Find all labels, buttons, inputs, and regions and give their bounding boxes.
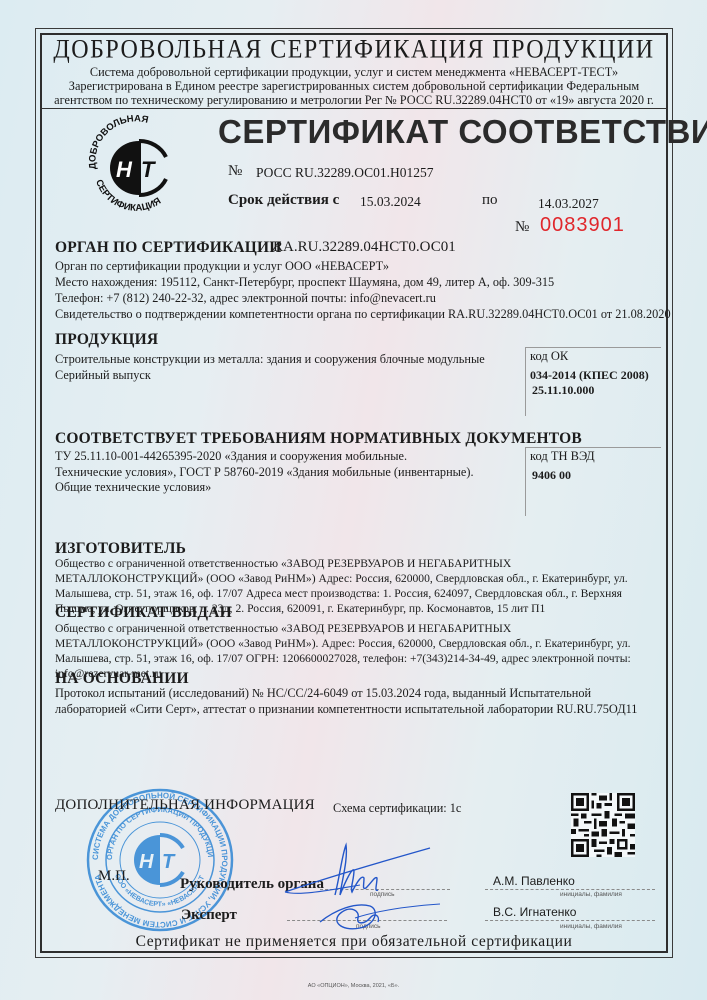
- header-agency-line: агентством по техническому регулированию…: [40, 93, 668, 108]
- serial-number-label: №: [515, 219, 529, 236]
- ok-code-classifier: 034-2014 (КПЕС 2008): [530, 368, 649, 383]
- header-system-line: Система добровольной сертификации продук…: [40, 65, 668, 80]
- issued-to-heading: СЕРТИФИКАТ ВЫДАН: [55, 604, 232, 622]
- conformity-documents: ТУ 25.11.10-001-44265395-2020 «Здания и …: [55, 449, 475, 496]
- svg-text:Н: Н: [116, 157, 133, 182]
- product-release-type: Серийный выпуск: [55, 368, 151, 384]
- tnved-code-value: 9406 00: [532, 468, 571, 483]
- organ-contacts: Телефон: +7 (812) 240-22-32, адрес элект…: [55, 291, 436, 307]
- product-heading: ПРОДУКЦИЯ: [55, 331, 158, 349]
- qr-code-icon: [571, 793, 635, 857]
- organ-name: Орган по сертификации продукции и услуг …: [55, 259, 389, 275]
- organ-accreditation: Свидетельство о подтверждении компетентн…: [55, 307, 671, 323]
- ok-code-value: 25.11.10.000: [532, 383, 594, 398]
- footer-notice: Сертификат не применяется при обязательн…: [40, 933, 668, 951]
- number-label: №: [228, 163, 242, 180]
- head-name: А.М. Павленко: [493, 874, 575, 888]
- head-name-caption: инициалы, фамилия: [560, 891, 622, 898]
- basis-details: Протокол испытаний (исследований) № НС/С…: [55, 686, 655, 717]
- additional-info-heading: ДОПОЛНИТЕЛЬНАЯ ИНФОРМАЦИЯ: [55, 797, 315, 814]
- valid-to-label: по: [482, 192, 498, 209]
- header-divider: [40, 108, 668, 109]
- organ-address: Место нахождения: 195112, Санкт-Петербур…: [55, 275, 554, 291]
- header-title: ДОБРОВОЛЬНАЯ СЕРТИФИКАЦИЯ ПРОДУКЦИИ: [40, 36, 668, 66]
- tnved-code-box: код ТН ВЭД 9406 00: [525, 447, 661, 516]
- stamp-place-label: М.П.: [98, 868, 130, 885]
- expert-label: Эксперт: [181, 907, 237, 924]
- printer-imprint: АО «ОПЦИОН», Москва, 2021, «Б».: [0, 983, 707, 989]
- organ-code: RA.RU.32289.04НСТ0.ОС01: [273, 239, 456, 256]
- ok-code-box: код ОК 034-2014 (КПЕС 2008) 25.11.10.000: [525, 347, 661, 416]
- svg-text:Т: Т: [141, 157, 156, 182]
- product-description: Строительные конструкции из металла: зда…: [55, 352, 485, 368]
- svg-text:Т: Т: [162, 851, 176, 873]
- validity-label: Срок действия с: [228, 192, 339, 209]
- nt-certification-logo-icon: ДОБРОВОЛЬНАЯ СЕРТИФИКАЦИЯ Н Т: [82, 115, 190, 223]
- ok-code-label: код ОК: [530, 349, 568, 364]
- conformity-heading: СООТВЕТСТВУЕТ ТРЕБОВАНИЯМ НОРМАТИВНЫХ ДО…: [55, 430, 582, 448]
- organ-heading: ОРГАН ПО СЕРТИФИКАЦИИ: [55, 239, 282, 257]
- expert-name: В.С. Игнатенко: [493, 905, 576, 919]
- serial-number: 0083901: [540, 214, 625, 237]
- tnved-code-label: код ТН ВЭД: [530, 449, 595, 464]
- valid-to-date: 14.03.2027: [538, 196, 599, 212]
- certificate-number: РОСС RU.32289.ОС01.Н01257: [256, 165, 434, 181]
- handwritten-signatures-icon: [280, 840, 450, 935]
- certification-scheme: Схема сертификации: 1с: [333, 801, 461, 817]
- expert-name-caption: инициалы, фамилия: [560, 923, 622, 930]
- header-registration-line: Зарегистрирована в Едином реестре зареги…: [40, 79, 668, 94]
- certificate-title: СЕРТИФИКАТ СООТВЕТСТВИЯ: [218, 113, 707, 151]
- valid-from-date: 15.03.2024: [360, 194, 421, 210]
- svg-text:Н: Н: [139, 851, 154, 873]
- expert-name-line: [485, 920, 655, 921]
- head-name-line: [485, 889, 655, 890]
